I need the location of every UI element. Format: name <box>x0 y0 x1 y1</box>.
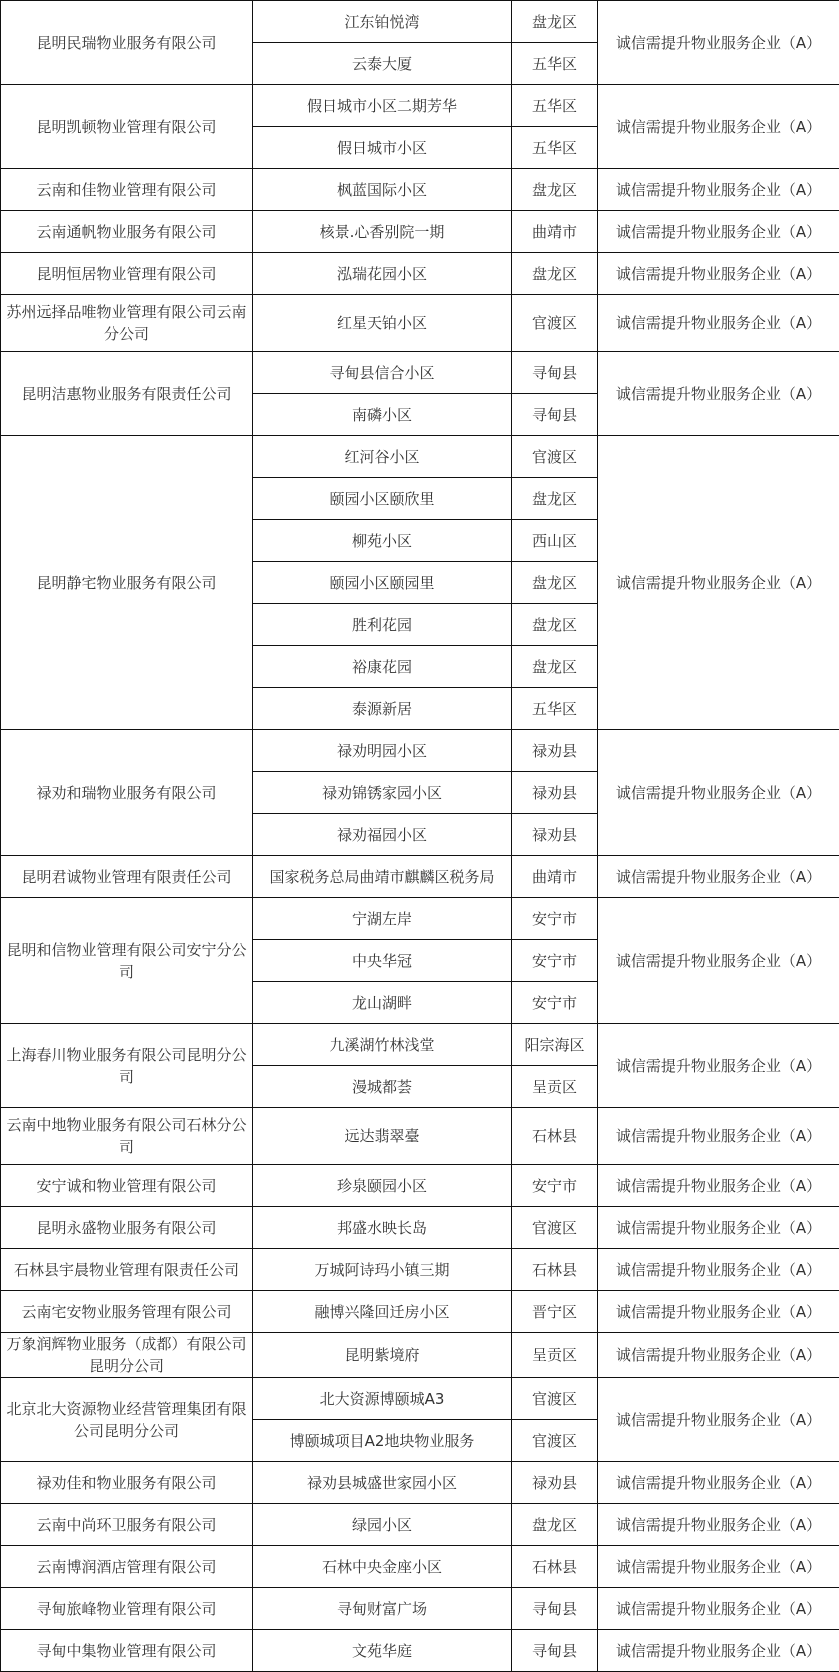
district-cell: 官渡区 <box>512 1420 598 1462</box>
table-row: 昆明永盛物业服务有限公司邦盛水映长岛官渡区诚信需提升物业服务企业（A） <box>1 1207 839 1249</box>
district-cell: 禄劝县 <box>512 772 598 814</box>
district-cell: 五华区 <box>512 43 598 85</box>
table-row: 云南中尚环卫服务有限公司绿园小区盘龙区诚信需提升物业服务企业（A） <box>1 1504 839 1546</box>
district-cell: 阳宗海区 <box>512 1024 598 1066</box>
district-cell: 寻甸县 <box>512 1630 598 1669</box>
company-cell: 万象润辉物业服务（成都）有限公司昆明分公司 <box>1 1333 253 1378</box>
district-cell: 盘龙区 <box>512 604 598 646</box>
district-cell: 寻甸县 <box>512 394 598 436</box>
rating-cell: 诚信需提升物业服务企业（A） <box>598 352 839 436</box>
district-cell: 五华区 <box>512 85 598 127</box>
rating-cell: 诚信需提升物业服务企业（A） <box>598 856 839 898</box>
project-cell: 漫城都荟 <box>253 1066 512 1108</box>
district-cell: 安宁市 <box>512 898 598 940</box>
project-cell: 博颐城项目A2地块物业服务 <box>253 1420 512 1462</box>
table-row: 云南博润酒店管理有限公司石林中央金座小区石林县诚信需提升物业服务企业（A） <box>1 1546 839 1588</box>
company-cell: 石林县宇晨物业管理有限责任公司 <box>1 1249 253 1291</box>
table-row: 昆明和信物业管理有限公司安宁分公司宁湖左岸安宁市诚信需提升物业服务企业（A） <box>1 898 839 940</box>
project-cell: 南磷小区 <box>253 394 512 436</box>
project-cell: 中央华冠 <box>253 940 512 982</box>
district-cell: 安宁市 <box>512 1165 598 1207</box>
project-cell: 融博兴隆回迁房小区 <box>253 1291 512 1333</box>
district-cell: 曲靖市 <box>512 856 598 898</box>
project-cell: 云泰大厦 <box>253 43 512 85</box>
company-cell: 昆明恒居物业管理有限公司 <box>1 253 253 295</box>
project-cell: 绿园小区 <box>253 1504 512 1546</box>
district-cell: 呈贡区 <box>512 1066 598 1108</box>
project-cell: 宁湖左岸 <box>253 898 512 940</box>
table-row: 寻甸中集物业管理有限公司文苑华庭寻甸县诚信需提升物业服务企业（A） <box>1 1630 839 1669</box>
rating-cell: 诚信需提升物业服务企业（A） <box>598 211 839 253</box>
company-cell: 昆明静宅物业服务有限公司 <box>1 436 253 730</box>
company-cell: 云南中尚环卫服务有限公司 <box>1 1504 253 1546</box>
table-row: 上海春川物业服务有限公司昆明分公司九溪湖竹林浅堂阳宗海区诚信需提升物业服务企业（… <box>1 1024 839 1066</box>
rating-cell: 诚信需提升物业服务企业（A） <box>598 1291 839 1333</box>
company-cell: 寻甸中集物业管理有限公司 <box>1 1630 253 1669</box>
rating-cell: 诚信需提升物业服务企业（A） <box>598 1165 839 1207</box>
rating-cell: 诚信需提升物业服务企业（A） <box>598 1207 839 1249</box>
rating-cell: 诚信需提升物业服务企业（A） <box>598 1108 839 1165</box>
table-row: 万象润辉物业服务（成都）有限公司昆明分公司昆明紫境府呈贡区诚信需提升物业服务企业… <box>1 1333 839 1378</box>
district-cell: 盘龙区 <box>512 646 598 688</box>
district-cell: 官渡区 <box>512 1378 598 1420</box>
project-cell: 文苑华庭 <box>253 1630 512 1669</box>
district-cell: 曲靖市 <box>512 211 598 253</box>
table-row: 石林县宇晨物业管理有限责任公司万城阿诗玛小镇三期石林县诚信需提升物业服务企业（A… <box>1 1249 839 1291</box>
company-cell: 云南宅安物业服务管理有限公司 <box>1 1291 253 1333</box>
district-cell: 石林县 <box>512 1249 598 1291</box>
table-row: 云南通帆物业服务有限公司核景.心香别院一期曲靖市诚信需提升物业服务企业（A） <box>1 211 839 253</box>
district-cell: 盘龙区 <box>512 169 598 211</box>
table-row: 禄劝和瑞物业服务有限公司禄劝明园小区禄劝县诚信需提升物业服务企业（A） <box>1 730 839 772</box>
project-cell: 石林中央金座小区 <box>253 1546 512 1588</box>
project-cell: 颐园小区颐园里 <box>253 562 512 604</box>
district-cell: 寻甸县 <box>512 352 598 394</box>
rating-cell: 诚信需提升物业服务企业（A） <box>598 1630 839 1669</box>
company-cell: 上海春川物业服务有限公司昆明分公司 <box>1 1024 253 1108</box>
project-cell: 枫蓝国际小区 <box>253 169 512 211</box>
rating-cell: 诚信需提升物业服务企业（A） <box>598 295 839 352</box>
project-cell: 柳苑小区 <box>253 520 512 562</box>
table-row: 昆明静宅物业服务有限公司红河谷小区官渡区诚信需提升物业服务企业（A） <box>1 436 839 478</box>
district-cell: 五华区 <box>512 688 598 730</box>
district-cell: 西山区 <box>512 520 598 562</box>
district-cell: 盘龙区 <box>512 1 598 43</box>
project-cell: 九溪湖竹林浅堂 <box>253 1024 512 1066</box>
company-cell: 安宁诚和物业管理有限公司 <box>1 1165 253 1207</box>
project-cell: 颐园小区颐欣里 <box>253 478 512 520</box>
table-row: 北京北大资源物业经营管理集团有限公司昆明分公司北大资源博颐城A3官渡区诚信需提升… <box>1 1378 839 1420</box>
company-cell: 寻甸旅峰物业管理有限公司 <box>1 1588 253 1630</box>
project-cell: 禄劝明园小区 <box>253 730 512 772</box>
project-cell: 寻甸财富广场 <box>253 1588 512 1630</box>
district-cell: 安宁市 <box>512 982 598 1024</box>
company-cell: 北京北大资源物业经营管理集团有限公司昆明分公司 <box>1 1378 253 1462</box>
project-cell: 泓瑞花园小区 <box>253 253 512 295</box>
company-cell: 云南通帆物业服务有限公司 <box>1 211 253 253</box>
project-cell: 假日城市小区二期芳华 <box>253 85 512 127</box>
company-cell: 昆明凯顿物业管理有限公司 <box>1 85 253 169</box>
project-cell: 万城阿诗玛小镇三期 <box>253 1249 512 1291</box>
table-row: 苏州远择品唯物业管理有限公司云南分公司红星天铂小区官渡区诚信需提升物业服务企业（… <box>1 295 839 352</box>
district-cell: 官渡区 <box>512 1207 598 1249</box>
table-row: 昆明凯顿物业管理有限公司假日城市小区二期芳华五华区诚信需提升物业服务企业（A） <box>1 85 839 127</box>
district-cell: 安宁市 <box>512 940 598 982</box>
table-body: 昆明民瑞物业服务有限公司江东铂悦湾盘龙区诚信需提升物业服务企业（A）云泰大厦五华… <box>1 1 839 1669</box>
district-cell: 盘龙区 <box>512 1504 598 1546</box>
table-row: 昆明恒居物业管理有限公司泓瑞花园小区盘龙区诚信需提升物业服务企业（A） <box>1 253 839 295</box>
table-row: 昆明君诚物业管理有限责任公司国家税务总局曲靖市麒麟区税务局曲靖市诚信需提升物业服… <box>1 856 839 898</box>
rating-cell: 诚信需提升物业服务企业（A） <box>598 253 839 295</box>
rating-cell: 诚信需提升物业服务企业（A） <box>598 169 839 211</box>
table-row: 昆明民瑞物业服务有限公司江东铂悦湾盘龙区诚信需提升物业服务企业（A） <box>1 1 839 43</box>
rating-cell: 诚信需提升物业服务企业（A） <box>598 1333 839 1378</box>
company-cell: 禄劝和瑞物业服务有限公司 <box>1 730 253 856</box>
project-cell: 国家税务总局曲靖市麒麟区税务局 <box>253 856 512 898</box>
project-cell: 北大资源博颐城A3 <box>253 1378 512 1420</box>
project-cell: 龙山湖畔 <box>253 982 512 1024</box>
company-cell: 苏州远择品唯物业管理有限公司云南分公司 <box>1 295 253 352</box>
project-cell: 珍泉颐园小区 <box>253 1165 512 1207</box>
table-row: 云南宅安物业服务管理有限公司融博兴隆回迁房小区晋宁区诚信需提升物业服务企业（A） <box>1 1291 839 1333</box>
project-cell: 胜利花园 <box>253 604 512 646</box>
company-cell: 云南中地物业服务有限公司石林分公司 <box>1 1108 253 1165</box>
company-cell: 昆明和信物业管理有限公司安宁分公司 <box>1 898 253 1024</box>
project-cell: 核景.心香别院一期 <box>253 211 512 253</box>
table-row: 安宁诚和物业管理有限公司珍泉颐园小区安宁市诚信需提升物业服务企业（A） <box>1 1165 839 1207</box>
company-cell: 云南博润酒店管理有限公司 <box>1 1546 253 1588</box>
district-cell: 官渡区 <box>512 295 598 352</box>
rating-cell: 诚信需提升物业服务企业（A） <box>598 1249 839 1291</box>
rating-cell: 诚信需提升物业服务企业（A） <box>598 1504 839 1546</box>
project-cell: 禄劝福园小区 <box>253 814 512 856</box>
table-row: 云南和佳物业管理有限公司枫蓝国际小区盘龙区诚信需提升物业服务企业（A） <box>1 169 839 211</box>
company-cell: 云南和佳物业管理有限公司 <box>1 169 253 211</box>
project-cell: 禄劝锦锈家园小区 <box>253 772 512 814</box>
company-cell: 昆明洁惠物业服务有限责任公司 <box>1 352 253 436</box>
rating-cell: 诚信需提升物业服务企业（A） <box>598 898 839 1024</box>
company-cell: 昆明永盛物业服务有限公司 <box>1 1207 253 1249</box>
rating-cell: 诚信需提升物业服务企业（A） <box>598 85 839 169</box>
project-cell: 邦盛水映长岛 <box>253 1207 512 1249</box>
district-cell: 禄劝县 <box>512 730 598 772</box>
district-cell: 盘龙区 <box>512 562 598 604</box>
rating-cell: 诚信需提升物业服务企业（A） <box>598 436 839 730</box>
rating-cell: 诚信需提升物业服务企业（A） <box>598 730 839 856</box>
district-cell: 盘龙区 <box>512 478 598 520</box>
table-row: 昆明洁惠物业服务有限责任公司寻甸县信合小区寻甸县诚信需提升物业服务企业（A） <box>1 352 839 394</box>
project-cell: 寻甸县信合小区 <box>253 352 512 394</box>
district-cell: 官渡区 <box>512 436 598 478</box>
project-cell: 红星天铂小区 <box>253 295 512 352</box>
company-cell: 昆明民瑞物业服务有限公司 <box>1 1 253 85</box>
rating-cell: 诚信需提升物业服务企业（A） <box>598 1462 839 1504</box>
table-row: 禄劝佳和物业服务有限公司禄劝县城盛世家园小区禄劝县诚信需提升物业服务企业（A） <box>1 1462 839 1504</box>
credit-rating-table: 昆明民瑞物业服务有限公司江东铂悦湾盘龙区诚信需提升物业服务企业（A）云泰大厦五华… <box>0 0 839 1668</box>
project-cell: 泰源新居 <box>253 688 512 730</box>
district-cell: 寻甸县 <box>512 1588 598 1630</box>
district-cell: 禄劝县 <box>512 814 598 856</box>
district-cell: 禄劝县 <box>512 1462 598 1504</box>
district-cell: 石林县 <box>512 1546 598 1588</box>
district-cell: 石林县 <box>512 1108 598 1165</box>
rating-cell: 诚信需提升物业服务企业（A） <box>598 1546 839 1588</box>
table-row: 云南中地物业服务有限公司石林分公司远达翡翠臺石林县诚信需提升物业服务企业（A） <box>1 1108 839 1165</box>
project-cell: 裕康花园 <box>253 646 512 688</box>
table-row: 寻甸旅峰物业管理有限公司寻甸财富广场寻甸县诚信需提升物业服务企业（A） <box>1 1588 839 1630</box>
district-cell: 晋宁区 <box>512 1291 598 1333</box>
company-cell: 禄劝佳和物业服务有限公司 <box>1 1462 253 1504</box>
rating-cell: 诚信需提升物业服务企业（A） <box>598 1378 839 1462</box>
district-cell: 盘龙区 <box>512 253 598 295</box>
district-cell: 呈贡区 <box>512 1333 598 1378</box>
project-cell: 昆明紫境府 <box>253 1333 512 1378</box>
project-cell: 远达翡翠臺 <box>253 1108 512 1165</box>
rating-cell: 诚信需提升物业服务企业（A） <box>598 1588 839 1630</box>
company-cell: 昆明君诚物业管理有限责任公司 <box>1 856 253 898</box>
rating-cell: 诚信需提升物业服务企业（A） <box>598 1024 839 1108</box>
district-cell: 五华区 <box>512 127 598 169</box>
project-cell: 禄劝县城盛世家园小区 <box>253 1462 512 1504</box>
rating-cell: 诚信需提升物业服务企业（A） <box>598 1 839 85</box>
project-cell: 江东铂悦湾 <box>253 1 512 43</box>
project-cell: 红河谷小区 <box>253 436 512 478</box>
project-cell: 假日城市小区 <box>253 127 512 169</box>
